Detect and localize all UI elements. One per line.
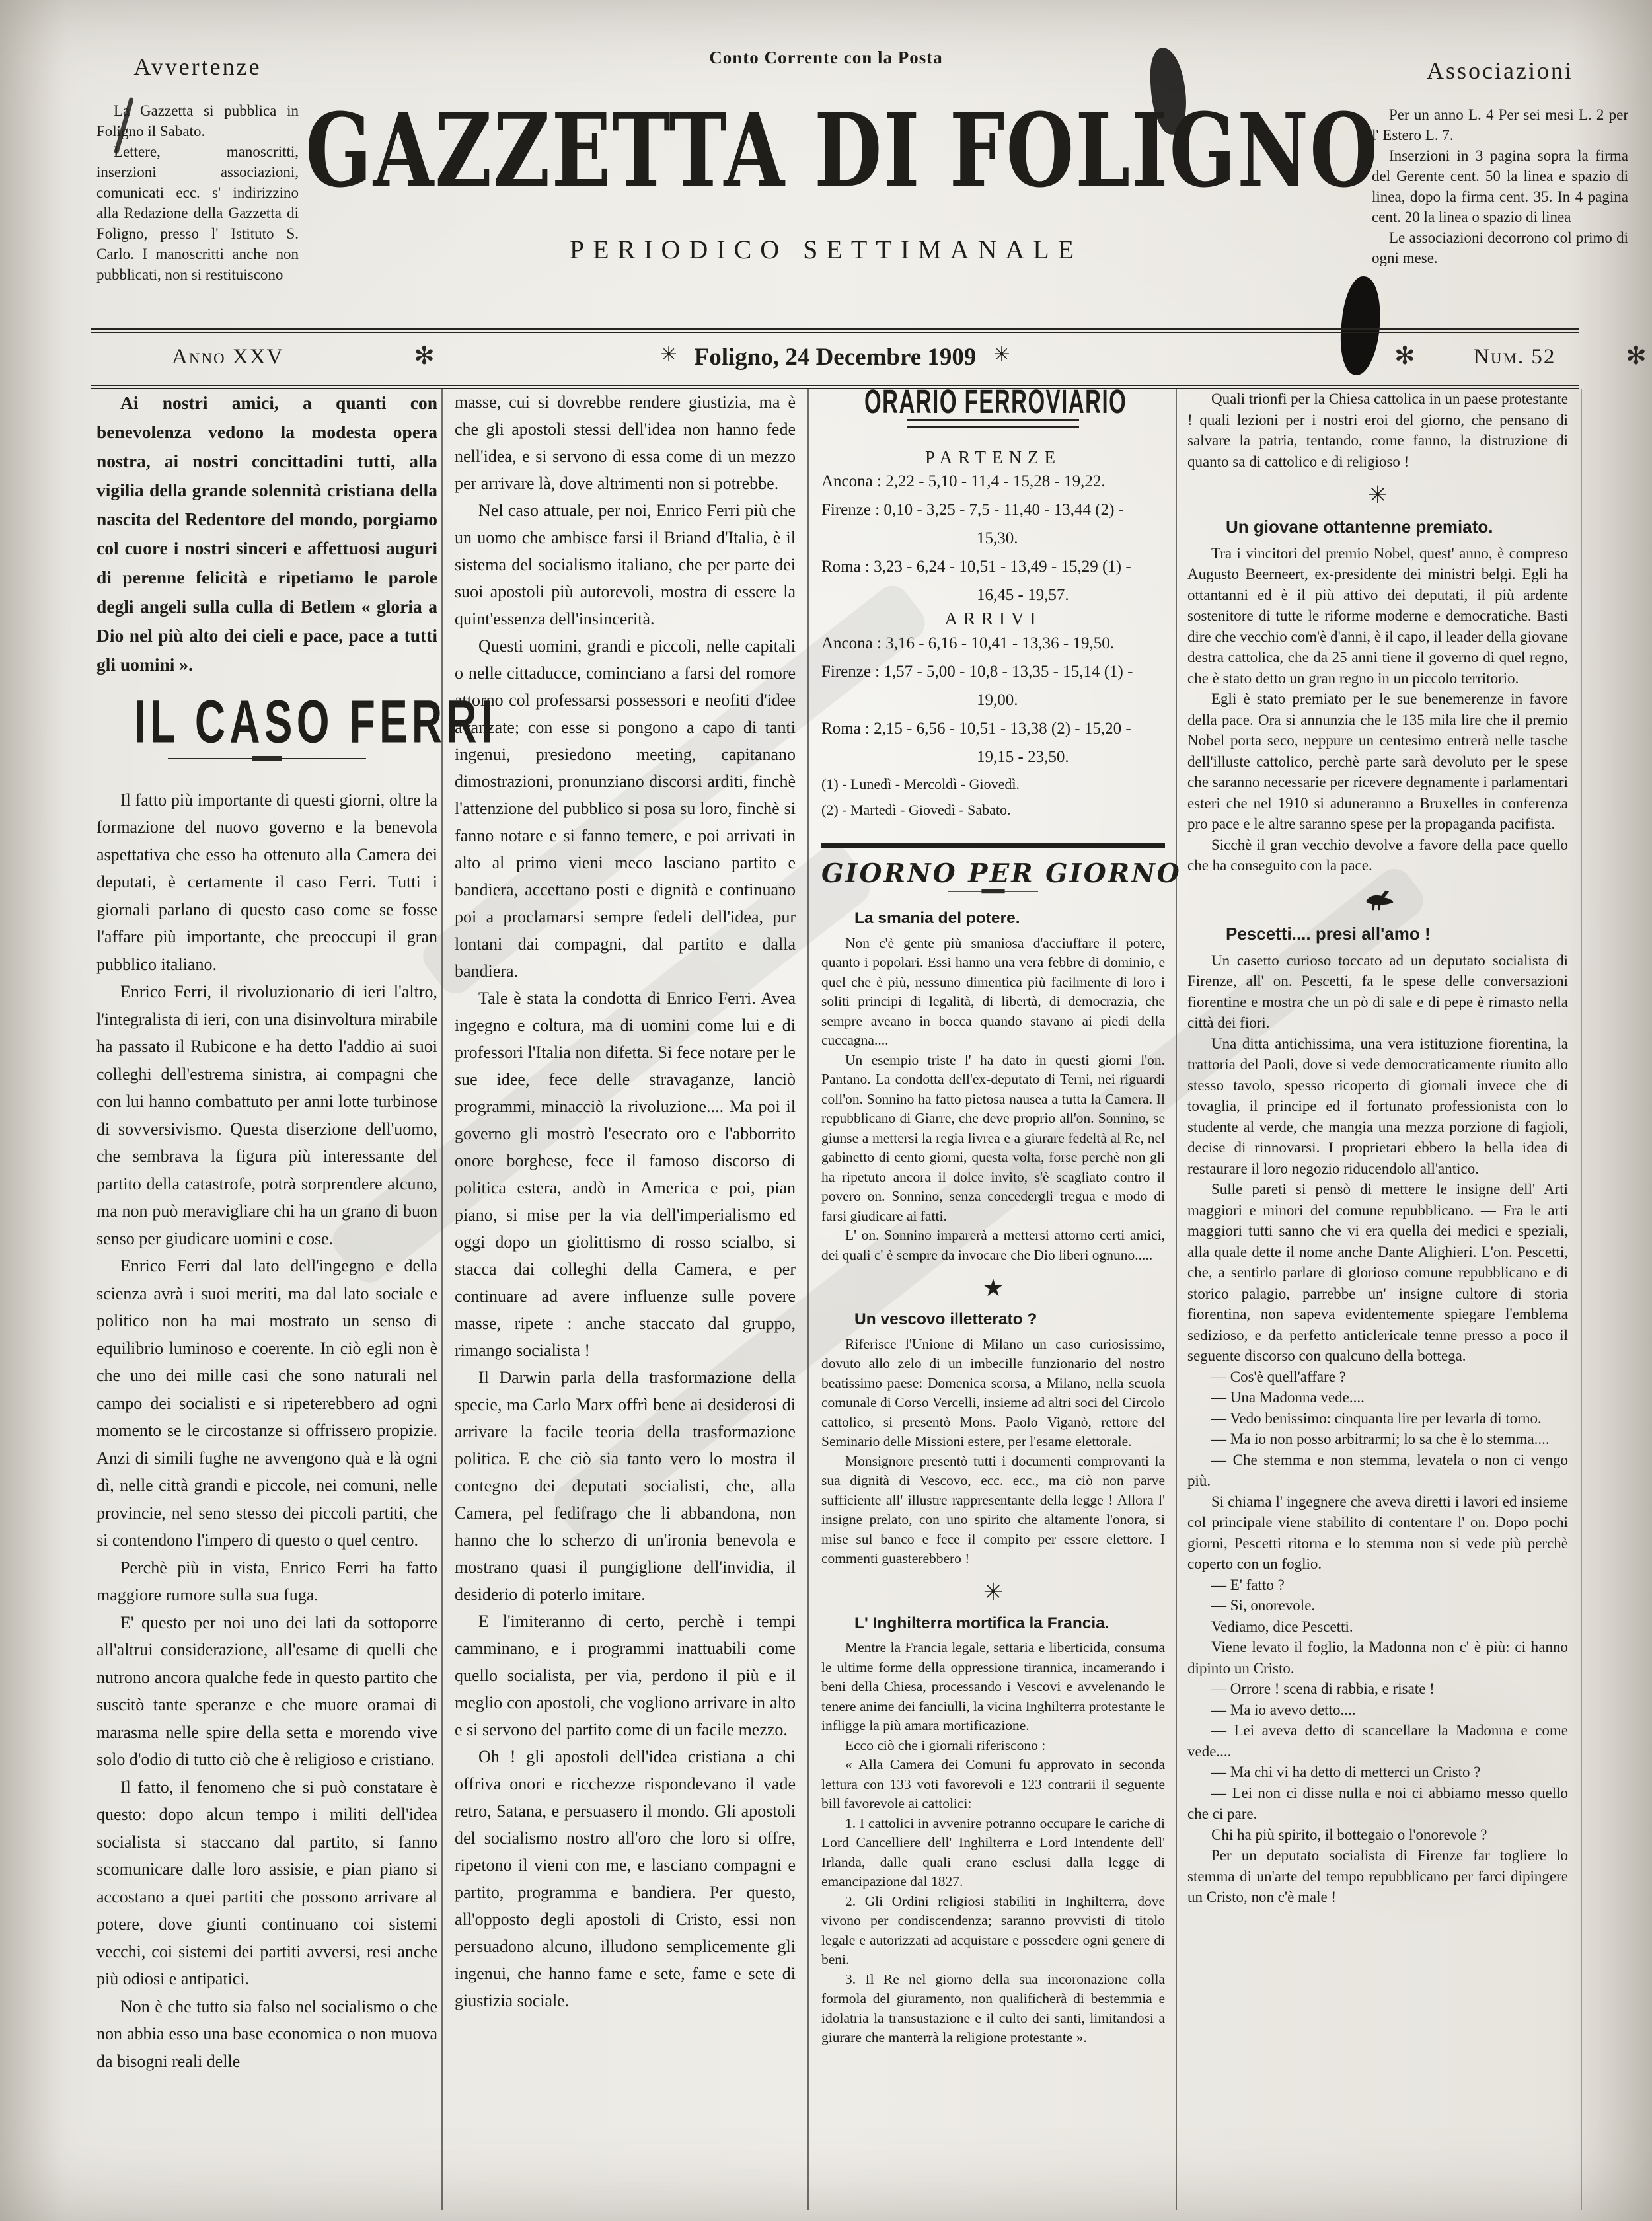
fleuron-ornament: ✻ [1394,341,1415,370]
brief-subhead: La smania del potere. [821,909,1165,928]
brief-paragraph: Egli è stato premiato per le sue benemer… [1187,689,1568,835]
brief-paragraph: Quali trionfi per la Chiesa cattolica in… [1187,389,1568,472]
timetable-row: Ancona : 2,22 - 5,10 - 11,4 - 15,28 - 19… [821,467,1165,496]
dialogue-line: — Vedo benissimo: cinquanta lire per lev… [1187,1408,1568,1429]
departures-label: PARTENZE [821,448,1165,468]
dialogue-line: Si chiama l' ingegnere che aveva diretti… [1187,1491,1568,1575]
dateline-band: Anno XXV ✻ ✳Foligno, 24 Decembre 1909✳ ✻… [91,328,1579,389]
brief-subhead: Un vescovo illetterato ? [821,1310,1165,1330]
associazioni-title: Associazioni [1372,57,1628,85]
article-paragraph: masse, cui si dovrebbe rendere giustizia… [455,389,796,497]
dialogue-line: — Lei non ci disse nulla e noi ci abbiam… [1187,1783,1568,1825]
article-paragraph: Il Darwin parla della trasformazione del… [455,1364,796,1608]
dialogue-line: — Cos'è quell'affare ? [1187,1367,1568,1388]
brief-subhead: Pescetti.... presi all'amo ! [1187,924,1568,945]
brief-paragraph: Sicchè il gran vecchio devolve a favore … [1187,835,1568,876]
timetable-row: Firenze : 0,10 - 3,25 - 7,5 - 11,40 - 13… [821,496,1165,552]
timetable-footnote: (1) - Lunedì - Mercoldì - Giovedì. [821,771,1165,797]
article-paragraph: Perchè più in vista, Enrico Ferri ha fat… [96,1554,437,1609]
flourish-rule [948,888,1038,895]
article-paragraph: Il fatto più importante di questi giorni… [96,786,437,979]
newspaper-title: GAZZETTA DI FOLIGNO [305,91,1347,210]
article-paragraph: Nel caso attuale, per noi, Enrico Ferri … [455,497,796,632]
issue-number: Num. 52 [1474,345,1556,369]
brief-paragraph: 3. Il Re nel giorno della sua incoronazi… [821,1970,1165,2048]
brief-paragraph: Tra i vincitori del premio Nobel, quest'… [1187,543,1568,689]
article-headline: IL CASO FERRI [134,707,400,737]
dialogue-line: — Una Madonna vede.... [1187,1387,1568,1408]
article-paragraph: E l'imiteranno di certo, perchè i tempi … [455,1608,796,1743]
column-1: Ai nostri amici, a quanti con benevolenz… [96,389,437,2075]
dialogue-line: — Ma io non posso arbitrarmi; lo sa che … [1187,1429,1568,1450]
article-paragraph: Non è che tutto sia falso nel socialismo… [96,1993,437,2076]
article-paragraph: Oh ! gli apostoli dell'idea cristiana a … [455,1743,796,2014]
timetable-title: ORARIO FERROVIARIO [864,391,1122,414]
dialogue-line: Vediamo, dice Pescetti. [1187,1616,1568,1638]
brief-paragraph: 2. Gli Ordini religiosi stabiliti in Ing… [821,1892,1165,1970]
brief-paragraph: 1. I cattolici in avvenire potranno occu… [821,1814,1165,1892]
avvertenze-text: Lettere, manoscritti, inserzioni associa… [96,141,299,285]
newspaper-page: Avvertenze La Gazzetta si pubblica in Fo… [0,0,1652,2221]
dialogue-line: — Lei aveva detto di scancellare la Mado… [1187,1720,1568,1762]
section-rule [821,843,1165,848]
column-3: ORARIO FERROVIARIO PARTENZE Ancona : 2,2… [821,389,1165,2048]
timetable-row: Firenze : 1,57 - 5,00 - 10,8 - 13,35 - 1… [821,658,1165,714]
dialogue-line: — E' fatto ? [1187,1575,1568,1596]
fleuron-icon: ✳ [643,343,694,366]
article-paragraph: E' questo per noi uno dei lati da sottop… [96,1609,437,1774]
notice-avvertenze: Avvertenze La Gazzetta si pubblica in Fo… [96,53,299,285]
article-paragraph: Questi uomini, grandi e piccoli, nelle c… [455,632,796,985]
brief-paragraph: Monsignore presentò tutti i documenti co… [821,1452,1165,1569]
brief-paragraph: Ecco ciò che i giornali riferiscono : [821,1736,1165,1756]
column-rule [441,389,443,2210]
notice-associazioni: Associazioni Per un anno L. 4 Per sei me… [1372,57,1628,268]
arrivals-label: ARRIVI [821,609,1165,629]
brief-subhead: Un giovane ottantenne premiato. [1187,517,1568,538]
associazioni-text: Per un anno L. 4 Per sei mesi L. 2 per l… [1372,104,1628,145]
fleuron-ornament: ✻ [1626,341,1647,370]
christmas-greeting: Ai nostri amici, a quanti con benevolenz… [96,389,437,679]
brief-paragraph: Sulle pareti si pensò di mettere le insi… [1187,1179,1568,1367]
avvertenze-title: Avvertenze [96,53,299,81]
bird-divider-icon [1187,888,1568,918]
brief-paragraph: « Alla Camera dei Comuni fu approvato in… [821,1755,1165,1814]
brief-paragraph: Non c'è gente più smaniosa d'acciuffare … [821,934,1165,1051]
column-2: masse, cui si dovrebbe rendere giustizia… [455,389,796,2014]
column-rule [807,389,809,2210]
star-divider-icon: ✳ [1187,482,1568,509]
newspaper-subtitle: PERIODICO SETTIMANALE [305,234,1347,265]
column-4: Quali trionfi per la Chiesa cattolica in… [1187,389,1568,1908]
masthead-block: Conto Corrente con la Posta GAZZETTA DI … [305,48,1347,265]
timetable-row: Roma : 3,23 - 6,24 - 10,51 - 13,49 - 15,… [821,552,1165,609]
star-divider-icon: ★ [821,1275,1165,1302]
brief-paragraph: Una ditta antichissima, una vera istituz… [1187,1034,1568,1180]
brief-paragraph: Un esempio triste l' ha dato in questi g… [821,1051,1165,1226]
dialogue-line: Chi ha più spirito, il bottegaio o l'ono… [1187,1825,1568,1846]
column-rule [1581,389,1582,2210]
associazioni-text: Inserzioni in 3 pagina sopra la firma de… [1372,145,1628,227]
dialogue-line: Per un deputato socialista di Firenze fa… [1187,1845,1568,1908]
postal-notice: Conto Corrente con la Posta [305,48,1347,68]
brief-paragraph: L' on. Sonnino imparerà a mettersi attor… [821,1226,1165,1265]
issue-date-text: Foligno, 24 Decembre 1909 [695,344,977,371]
dialogue-line: Viene levato il foglio, la Madonna non c… [1187,1637,1568,1678]
brief-paragraph: Riferisce l'Unione di Milano un caso cur… [821,1335,1165,1452]
dialogue-line: — Ma io avevo detto.... [1187,1700,1568,1721]
article-paragraph: Enrico Ferri dal lato dell'ingegno e del… [96,1252,437,1554]
star-divider-icon: ✳ [821,1579,1165,1606]
brief-paragraph: Mentre la Francia legale, settaria e lib… [821,1638,1165,1736]
timetable-row: Ancona : 3,16 - 6,16 - 10,41 - 13,36 - 1… [821,629,1165,658]
dialogue-line: — Che stemma e non stemma, levatela o no… [1187,1450,1568,1491]
headline-rule [168,755,366,763]
issue-date: ✳Foligno, 24 Decembre 1909✳ [91,343,1579,371]
dialogue-line: — Si, onorevole. [1187,1595,1568,1616]
timetable-footnote: (2) - Martedì - Giovedì - Sabato. [821,797,1165,823]
dialogue-line: — Ma chi vi ha detto di metterci un Cris… [1187,1762,1568,1783]
article-paragraph: Il fatto, il fenomeno che si può constat… [96,1774,437,1993]
article-paragraph: Enrico Ferri, il rivoluzionario di ieri … [96,978,437,1252]
brief-subhead: L' Inghilterra mortifica la Francia. [821,1614,1165,1634]
associazioni-text: Le associazioni decorrono col primo di o… [1372,227,1628,268]
dialogue-line: — Orrore ! scena di rabbia, e risate ! [1187,1678,1568,1700]
timetable-row: Roma : 2,15 - 6,56 - 10,51 - 13,38 (2) -… [821,714,1165,771]
column-rule [1176,389,1177,2210]
article-paragraph: Tale è stata la condotta di Enrico Ferri… [455,985,796,1364]
section-title: GIORNO PER GIORNO [821,864,1165,884]
brief-paragraph: Un casetto curioso toccato ad un deputat… [1187,950,1568,1034]
fleuron-icon: ✳ [976,343,1027,366]
avvertenze-text: La Gazzetta si pubblica in Foligno il Sa… [96,100,299,141]
